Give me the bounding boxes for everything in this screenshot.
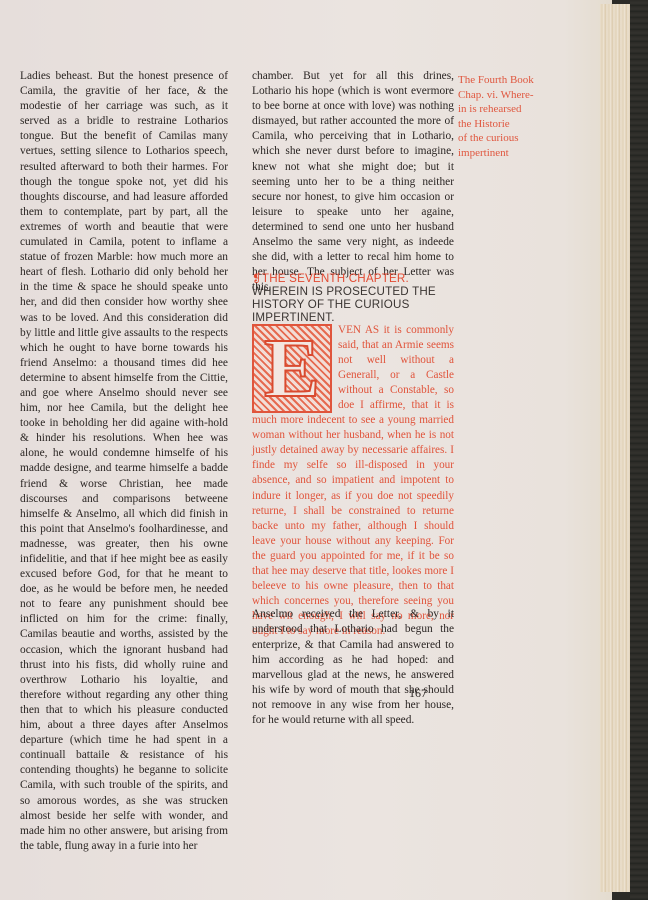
margin-note-line: Chap. vi. Where- <box>458 88 538 103</box>
left-column-paragraph: Ladies beheast. But the honest presence … <box>20 69 228 854</box>
left-text-column: Ladies beheast. But the honest presence … <box>20 69 228 854</box>
book-cover <box>630 0 648 900</box>
middle-column-paragraph: chamber. But yet for all this drines, Lo… <box>252 69 454 295</box>
book-page: Ladies beheast. But the honest presence … <box>0 0 612 900</box>
initial-letter: E <box>254 326 330 411</box>
letter-text: E VEN AS it is commonly said, that an Ar… <box>252 323 454 639</box>
after-letter-text: Anselmo received the Letter, & by it und… <box>252 607 454 728</box>
pilcrow-icon: ❡ <box>252 272 262 285</box>
margin-note-line: The Fourth Book <box>458 73 538 88</box>
chapter-heading: ❡THE SEVENTH CHAPTER. WHEREIN IS PROSECU… <box>252 272 457 324</box>
margin-note: The Fourth Book Chap. vi. Where- in is r… <box>458 73 538 161</box>
margin-note-line: the Historie <box>458 117 538 132</box>
page-number: 167 <box>409 686 427 701</box>
after-letter-paragraph: Anselmo received the Letter, & by it und… <box>252 596 454 740</box>
chapter-subtitle: WHEREIN IS PROSECUTED THE HISTORY OF THE… <box>252 285 457 324</box>
decorated-initial: E <box>252 324 332 413</box>
margin-note-line: of the curious <box>458 131 538 146</box>
margin-note-line: impertinent <box>458 146 538 161</box>
chapter-title: THE SEVENTH CHAPTER. <box>262 272 409 285</box>
margin-note-line: in is rehearsed <box>458 102 538 117</box>
middle-text-column: chamber. But yet for all this drines, Lo… <box>252 69 454 295</box>
